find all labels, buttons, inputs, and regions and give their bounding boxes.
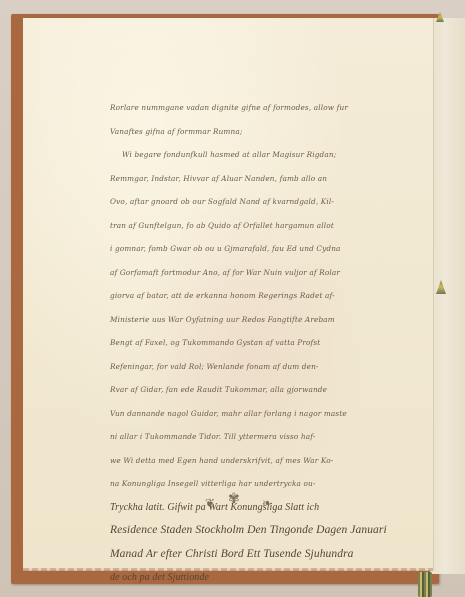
- ribbon-tassel-icon: [418, 572, 432, 597]
- text-line: Refeningar, for vald Rol; Wenlande fonam…: [110, 355, 405, 379]
- manuscript-text: Rorlare nummgane vadan dignite gifne af …: [110, 96, 405, 590]
- text-line: Ovo, aftar gnoard ob our Sogfald Nand af…: [110, 190, 405, 214]
- text-line: Vun dannande nagol Guidar, mahr allar fo…: [110, 402, 405, 426]
- text-line: Bengt af Faxel, og Tukommando Gystan af …: [110, 331, 405, 355]
- text-line: we Wi detta med Egen hand underskrifvit,…: [110, 449, 405, 473]
- text-line: tran af Gunftelgun, fo ab Quido af Orfal…: [110, 214, 405, 238]
- text-line: Tryckha latit. Gifwit pa Wart Konungslig…: [110, 496, 405, 520]
- flourish-center-icon: ✾: [228, 491, 240, 507]
- text-line: Wi begare fondunfkull hasmed at allar Ma…: [110, 143, 405, 167]
- text-line: Rorlare nummgane vadan dignite gifne af …: [110, 96, 405, 120]
- flourish-left-icon: ❦: [205, 496, 215, 510]
- text-line: ni allar i Tukommande Tidor. Till ytterm…: [110, 425, 405, 449]
- facing-page-edge: [430, 18, 465, 574]
- flourish-right-icon: ❧: [262, 496, 272, 510]
- text-line: Ministerie uus War Oyfatning uur Redos F…: [110, 308, 405, 332]
- text-line: giorva af batar, att de erkanna honom Re…: [110, 284, 405, 308]
- text-line: Remmgar, Indstar, Hivvar af Aluar Nanden…: [110, 167, 405, 191]
- calligraphic-line: Residence Staden Stockholm Den Tingonde …: [110, 519, 405, 543]
- calligraphic-line: Manad Ar efter Christi Bord Ett Tusende …: [110, 543, 405, 567]
- text-line: na Konungliga Insegell vitterliga har un…: [110, 472, 405, 496]
- text-line: Rvar af Gidar, fan ede Raudit Tukommar, …: [110, 378, 405, 402]
- text-line: Vanaftes gifna af formmar Rumna;: [110, 120, 405, 144]
- text-line: i gomnar, fomb Gwar ob ou u Gjmarafald, …: [110, 237, 405, 261]
- calligraphic-line: de och pa det Sjuttionde: [110, 566, 405, 590]
- text-line: af Gorfamaft fortmodur Ano, af for War N…: [110, 261, 405, 285]
